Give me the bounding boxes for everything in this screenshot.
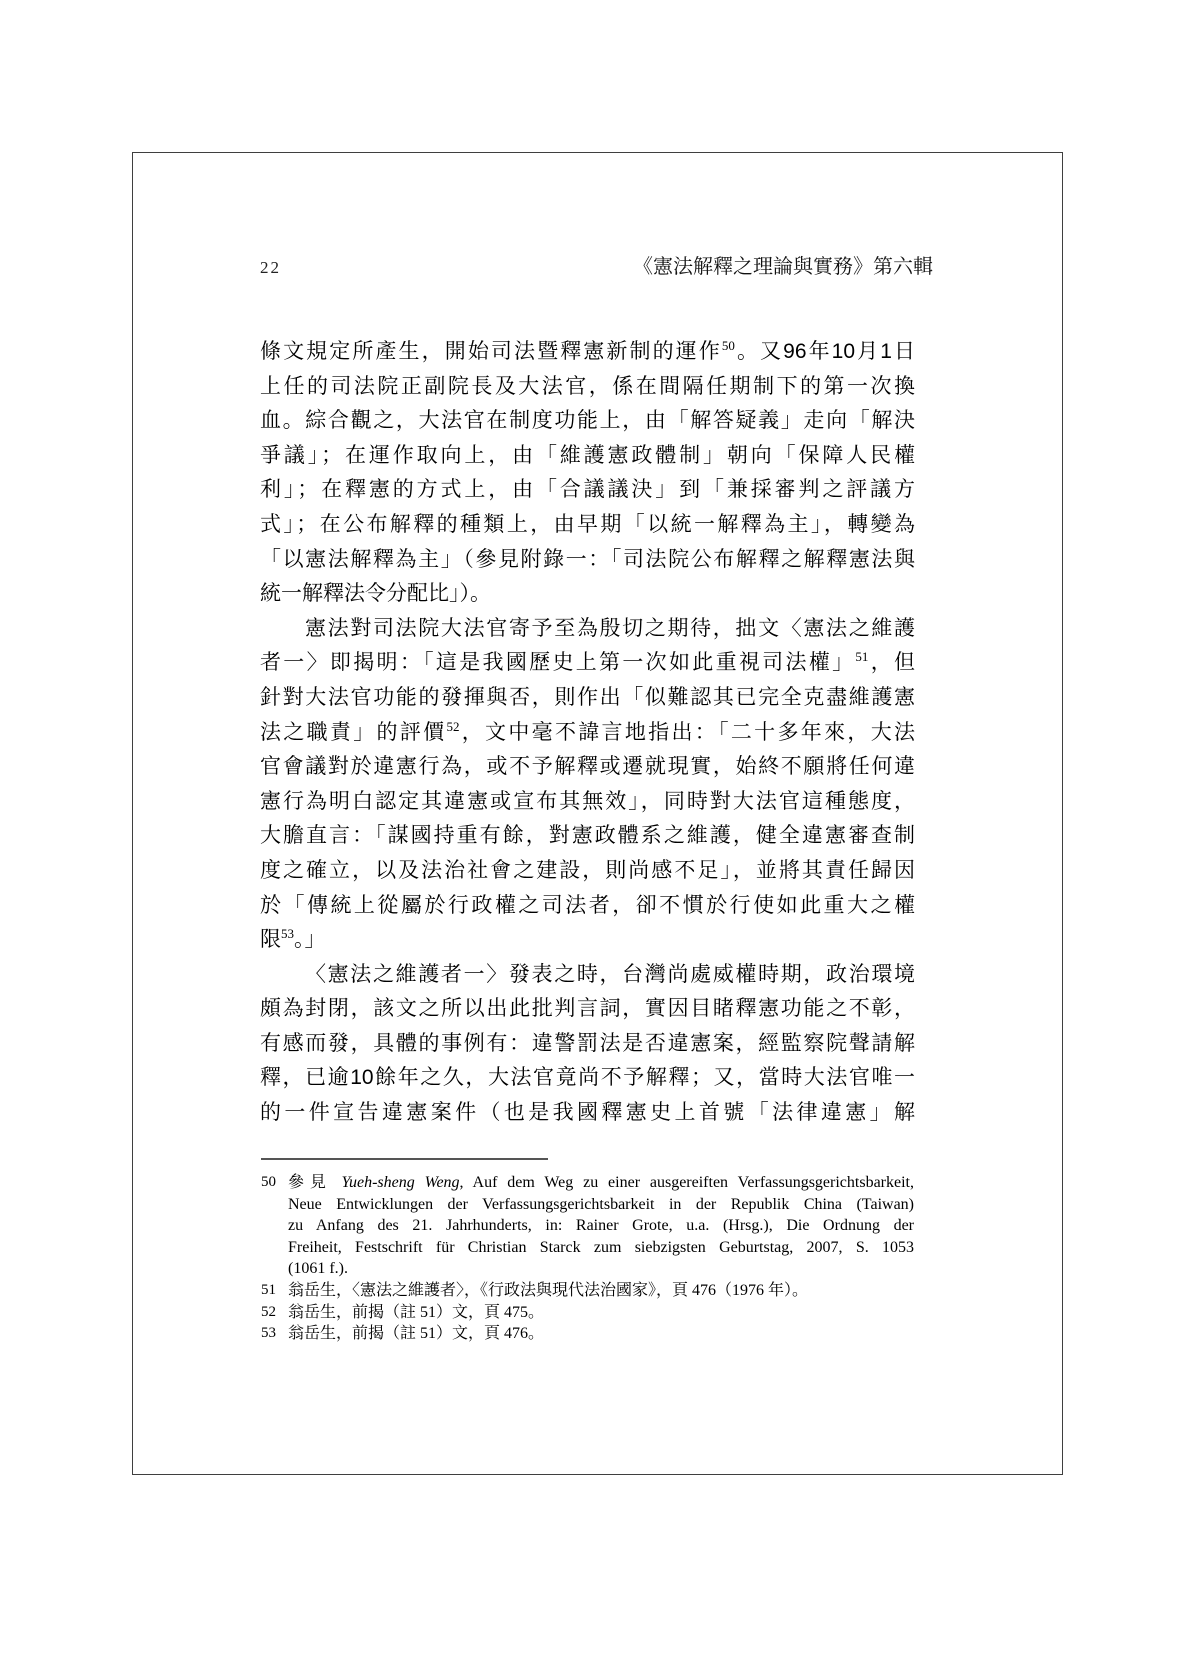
footnote-text: Freiheit, Festschrift für Christian Star… [288, 1237, 914, 1259]
body-line: 血。綜合觀之，大法官在制度功能上，由「解答疑義」走向「解決 [260, 404, 915, 439]
body-line: 針對大法官功能的發揮與否，則作出「似難認其已完全克盡維護憲 [260, 681, 915, 716]
body-line-text: 。又96年10月1日 [735, 340, 915, 363]
footnote-ref-52: 52 [446, 719, 459, 734]
footnote-row: zu Anfang des 21. Jahrhunderts, in: Rain… [261, 1215, 914, 1237]
footnotes: 50 參見 Yueh-sheng Weng, Auf dem Weg zu ei… [261, 1172, 914, 1345]
body-line: 法之職責」的評價52，文中毫不諱言地指出：「二十多年來，大法 [260, 716, 915, 751]
body-line: 有感而發，具體的事例有：違警罰法是否違憲案，經監察院聲請解 [260, 1027, 915, 1062]
footnote-text: 參見 Yueh-sheng Weng, Auf dem Weg zu einer… [288, 1172, 914, 1194]
footnote-text-fragment: , Auf dem Weg zu einer ausgereiften Verf… [460, 1174, 914, 1191]
body-line: 釋，已逾10餘年之久，大法官竟尚不予解釋；又，當時大法官唯一 [260, 1061, 915, 1096]
footnote-text: 翁岳生，前揭（註 51）文，頁 476。 [288, 1323, 914, 1345]
body-line-text: 。」 [294, 928, 326, 951]
body-line: 頗為封閉，該文之所以出此批判言詞，實因目睹釋憲功能之不彰， [260, 992, 915, 1027]
footnote-row: Neue Entwicklungen der Verfassungsgerich… [261, 1194, 914, 1216]
footnote-text-fragment: 參見 [288, 1174, 342, 1191]
footnote-row: 53 翁岳生，前揭（註 51）文，頁 476。 [261, 1323, 914, 1345]
body-line: 條文規定所產生，開始司法暨釋憲新制的運作50。又96年10月1日 [260, 335, 915, 370]
footnote-number: 52 [261, 1302, 288, 1324]
body-text: 條文規定所產生，開始司法暨釋憲新制的運作50。又96年10月1日 上任的司法院正… [260, 335, 915, 1131]
body-line-text: 法之職責」的評價 [260, 721, 446, 744]
body-line: 限53。」 [260, 923, 915, 958]
body-line: 統一解釋法令分配比」）。 [260, 577, 915, 612]
body-line: 式」；在公布解釋的種類上，由早期「以統一解釋為主」，轉變為 [260, 508, 915, 543]
body-line: 爭議」；在運作取向上，由「維護憲政體制」朝向「保障人民權 [260, 439, 915, 474]
body-line: 的一件宣告違憲案件（也是我國釋憲史上首號「法律違憲」解 [260, 1096, 915, 1131]
body-line: 〈憲法之維護者一〉發表之時，台灣尚處威權時期，政治環境 [260, 958, 915, 993]
footnote-row: (1061 f.). [261, 1258, 914, 1280]
body-line-text: ，但 [868, 651, 915, 674]
body-line: 「以憲法解釋為主」（參見附錄一：「司法院公布解釋之解釋憲法與 [260, 543, 915, 578]
footnote-ref-50: 50 [722, 338, 735, 353]
body-line: 者一〉即揭明：「這是我國歷史上第一次如此重視司法權」51，但 [260, 646, 915, 681]
body-line: 度之確立，以及法治社會之建設，則尚感不足」，並將其責任歸因 [260, 854, 915, 889]
footnote-number [261, 1237, 288, 1259]
footnote-text: Neue Entwicklungen der Verfassungsgerich… [288, 1194, 914, 1216]
footnote-row: 52 翁岳生，前揭（註 51）文，頁 475。 [261, 1302, 914, 1324]
body-line: 上任的司法院正副院長及大法官，係在間隔任期制下的第一次換 [260, 370, 915, 405]
footnote-number: 53 [261, 1323, 288, 1345]
footnote-ref-51: 51 [855, 649, 868, 664]
footnote-text: (1061 f.). [288, 1258, 914, 1280]
footnote-text: zu Anfang des 21. Jahrhunderts, in: Rain… [288, 1215, 914, 1237]
footnote-author-italic: Yueh-sheng Weng [342, 1174, 460, 1191]
body-line: 於「傳統上從屬於行政權之司法者，卻不慣於行使如此重大之權 [260, 889, 915, 924]
footnote-number: 50 [261, 1172, 288, 1194]
footnote-number [261, 1258, 288, 1280]
body-line: 憲法對司法院大法官寄予至為殷切之期待，拙文〈憲法之維護 [260, 612, 915, 647]
body-line-text: ，文中毫不諱言地指出：「二十多年來，大法 [459, 721, 915, 744]
page-number: 22 [260, 253, 281, 283]
footnote-row: 51 翁岳生，〈憲法之維護者〉，《行政法與現代法治國家》，頁 476（1976 … [261, 1280, 914, 1302]
body-line: 利」；在釋憲的方式上，由「合議議決」到「兼採審判之評議方 [260, 473, 915, 508]
footnote-number [261, 1194, 288, 1216]
running-header: 22 《憲法解釋之理論與實務》第六輯 [260, 252, 933, 282]
footnote-text: 翁岳生，前揭（註 51）文，頁 475。 [288, 1302, 914, 1324]
footnote-separator [261, 1158, 548, 1160]
body-line: 大膽直言：「謀國持重有餘，對憲政體系之維護，健全違憲審查制 [260, 819, 915, 854]
body-line: 官會議對於違憲行為，或不予解釋或遷就現實，始終不願將任何違 [260, 750, 915, 785]
footnote-number [261, 1215, 288, 1237]
footnote-ref-53: 53 [281, 926, 294, 941]
body-line-text: 限 [260, 928, 281, 951]
body-line-text: 者一〉即揭明：「這是我國歷史上第一次如此重視司法權」 [260, 651, 855, 674]
body-line: 憲行為明白認定其違憲或宣布其無效」，同時對大法官這種態度， [260, 785, 915, 820]
running-header-title: 《憲法解釋之理論與實務》第六輯 [633, 252, 933, 282]
footnote-text: 翁岳生，〈憲法之維護者〉，《行政法與現代法治國家》，頁 476（1976 年）。 [288, 1280, 914, 1302]
footnote-row: 50 參見 Yueh-sheng Weng, Auf dem Weg zu ei… [261, 1172, 914, 1194]
body-line-text: 條文規定所產生，開始司法暨釋憲新制的運作 [260, 340, 722, 363]
footnote-row: Freiheit, Festschrift für Christian Star… [261, 1237, 914, 1259]
footnote-number: 51 [261, 1280, 288, 1302]
